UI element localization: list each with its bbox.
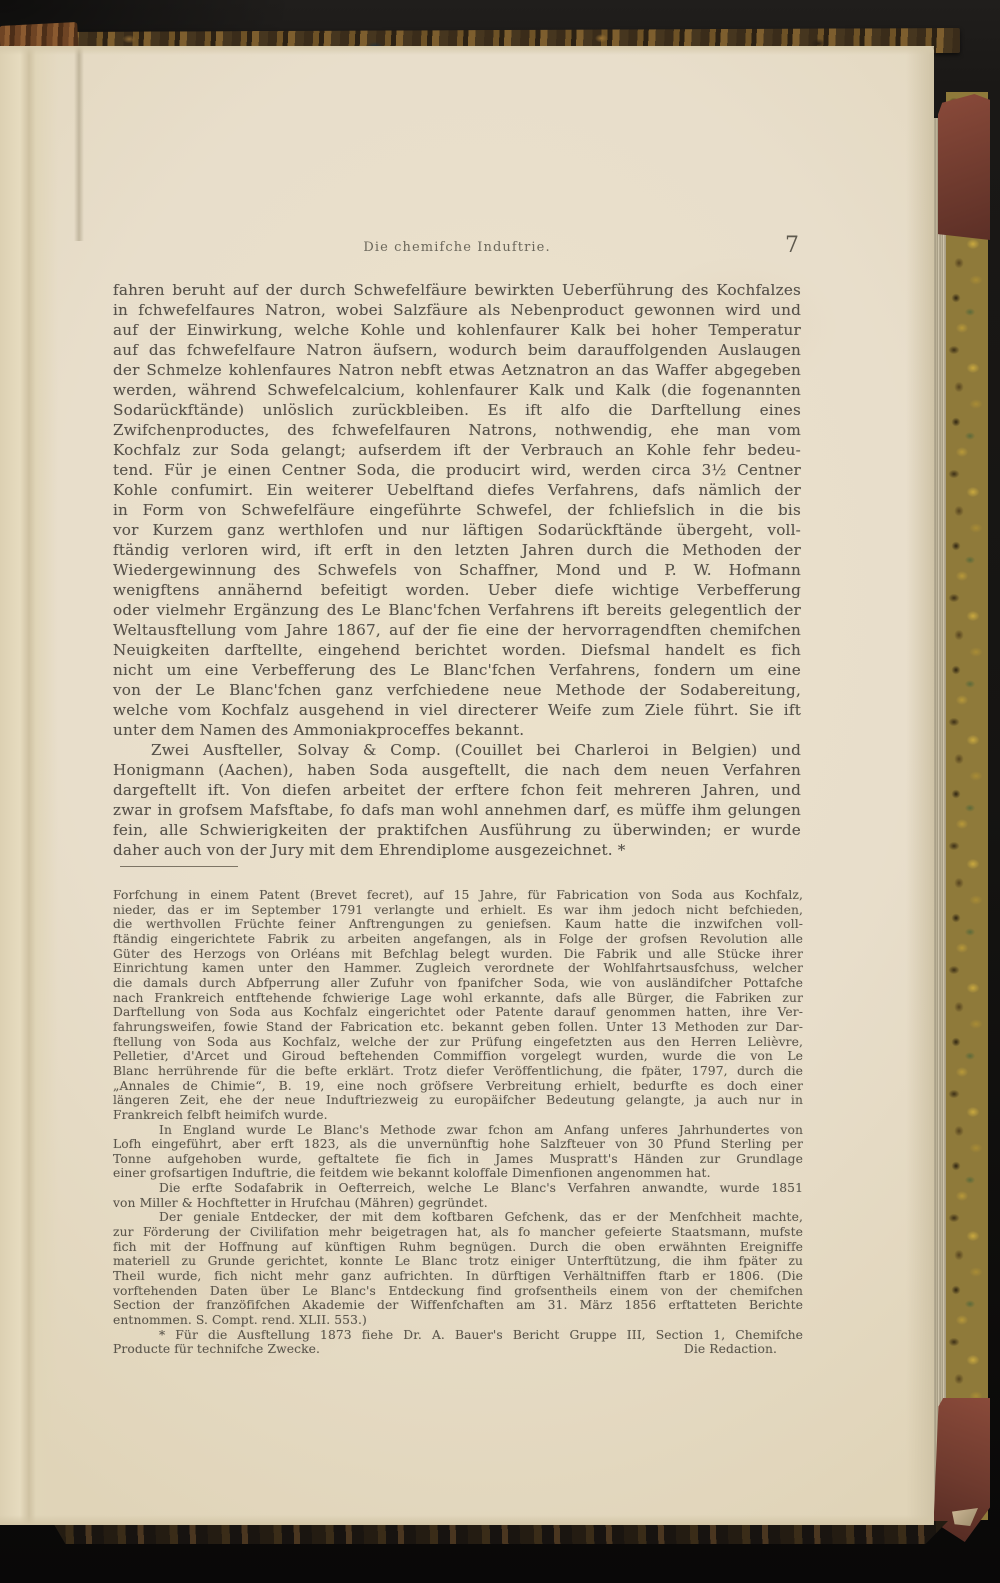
text-line: auf der Einwirkung, welche Kohle und koh… [113, 320, 801, 340]
text-line: Neuigkeiten darftellte, eingehend berich… [113, 640, 801, 660]
text-line: Kohle confumirt. Ein weiterer Uebelftand… [113, 480, 801, 500]
paragraph: fahren beruht auf der durch Schwefelfäur… [113, 280, 801, 740]
body-text: fahren beruht auf der durch Schwefelfäur… [113, 280, 801, 860]
footnote-paragraph: Der geniale Entdecker, der mit dem koftb… [113, 1210, 803, 1327]
text-line: Tonne aufgehoben wurde, geftaltete fie f… [113, 1152, 803, 1167]
page-gutter-shadow [0, 46, 62, 1525]
text-line: Blanc herrührende für die befte erklärt.… [113, 1064, 803, 1079]
text-line: Lofh eingeführt, aber erft 1823, als die… [113, 1137, 803, 1152]
running-head: Die chemifche Induftrie. 7 [113, 240, 801, 255]
book-page: Die chemifche Induftrie. 7 fahren beruht… [0, 46, 934, 1525]
text-line: Frankreich felbft heimifch wurde. [113, 1108, 803, 1123]
text-line: von der Le Blanc'fchen ganz verfchiedene… [113, 680, 801, 700]
footnote-paragraph: In England wurde Le Blanc's Methode zwar… [113, 1123, 803, 1182]
text-line: Die erfte Sodafabrik in Oefterreich, wel… [113, 1181, 803, 1196]
text-line: Zwei Ausfteller, Solvay & Comp. (Couille… [113, 740, 801, 760]
text-line: In England wurde Le Blanc's Methode zwar… [113, 1123, 803, 1138]
text-line: Theil wurde, fich nicht mehr ganz aufric… [113, 1269, 803, 1284]
text-line: tend. Für je einen Centner Soda, die pro… [113, 460, 801, 480]
text-line: vorftehenden Daten über Le Blanc's Entde… [113, 1284, 803, 1299]
text-line: Darftellung von Soda aus Kochfalz einger… [113, 1005, 803, 1020]
text-line: längeren Zeit, ehe der neue Induftriezwe… [113, 1093, 803, 1108]
text-line: entnommen. S. Compt. rend. XLII. 553.) [113, 1313, 803, 1328]
footnote-paragraph: Die erfte Sodafabrik in Oefterreich, wel… [113, 1181, 803, 1210]
text-line: Forfchung in einem Patent (Brevet fecret… [113, 888, 803, 903]
footnote-text-continued: Producte für technifche Zwecke. [113, 1342, 320, 1357]
footnote-block: Forfchung in einem Patent (Brevet fecret… [113, 888, 803, 1357]
text-line: fahren beruht auf der durch Schwefelfäur… [113, 280, 801, 300]
footnote-paragraph: * Für die Ausftellung 1873 fiehe Dr. A. … [113, 1328, 803, 1343]
text-line: ftellung von Soda aus Kochfalz, welche d… [113, 1035, 803, 1050]
text-line: fich mit der Hoffnung auf künftigen Ruhm… [113, 1240, 803, 1255]
text-line: vor Kurzem ganz werthlofen und nur läfti… [113, 520, 801, 540]
text-line: werden, während Schwefelcalcium, kohlenf… [113, 380, 801, 400]
text-line: die werthvollen Früchte feiner Anftrengu… [113, 917, 803, 932]
page-title: Die chemifche Induftrie. [363, 240, 550, 255]
paragraph: Zwei Ausfteller, Solvay & Comp. (Couille… [113, 740, 801, 860]
text-line: in Form von Schwefelfäure eingeführte Sc… [113, 500, 801, 520]
text-line: Honigmann (Aachen), haben Soda ausgeftel… [113, 760, 801, 780]
text-line: Wiedergewinnung des Schwefels von Schaff… [113, 560, 801, 580]
text-line: * Für die Ausftellung 1873 fiehe Dr. A. … [113, 1328, 803, 1343]
text-line: in fchwefelfaures Natron, wobei Salzfäur… [113, 300, 801, 320]
redaction-signature: Die Redaction. [684, 1342, 803, 1357]
photograph-of-book-page: { "page": { "header": { "title": "Die ch… [0, 0, 1000, 1583]
text-line: fein, alle Schwierigkeiten der praktifch… [113, 820, 801, 840]
text-line: Der geniale Entdecker, der mit dem koftb… [113, 1210, 803, 1225]
page-edge-shadow-right [906, 46, 934, 1525]
text-line: zwar in grofsem Mafsftabe, fo dafs man w… [113, 800, 801, 820]
text-line: Zwifchenproductes, des fchwefelfauren Na… [113, 420, 801, 440]
text-line: nieder, das er im September 1791 verlang… [113, 903, 803, 918]
text-line: nach Frankreich entftehende fchwierige L… [113, 991, 803, 1006]
text-line: zur Förderung der Civilifation mehr beig… [113, 1225, 803, 1240]
text-line: Weltausftellung vom Jahre 1867, auf der … [113, 620, 801, 640]
text-line: Sodarückftände) unlöslich zurückbleiben.… [113, 400, 801, 420]
text-line: von Miller & Hochftetter in Hrufchau (Mä… [113, 1196, 803, 1211]
footnote-separator-rule [120, 866, 238, 867]
page-edge-shadow-top [0, 46, 934, 55]
page-crease [74, 46, 84, 241]
text-line: nicht um eine Verbefferung des Le Blanc'… [113, 660, 801, 680]
text-line: Einrichtung kamen unter den Hammer. Zugl… [113, 961, 803, 976]
footnote-last-line: Producte für technifche Zwecke. Die Reda… [113, 1342, 803, 1357]
text-line: einer grofsartigen Induftrie, die feitde… [113, 1166, 803, 1181]
text-line: materiell zu Grunde gerichtet, konnte Le… [113, 1254, 803, 1269]
text-line: welche vom Kochfalz ausgehend in viel di… [113, 700, 801, 720]
text-line: ftändig verloren wird, ift erft in den l… [113, 540, 801, 560]
text-line: Pelletier, d'Arcet und Giroud beftehende… [113, 1049, 803, 1064]
page-number: 7 [785, 233, 799, 258]
text-line: Kochfalz zur Soda gelangt; aufserdem ift… [113, 440, 801, 460]
footnote-paragraph: Forfchung in einem Patent (Brevet fecret… [113, 888, 803, 1123]
text-line: fahrungsweifen, fowie Stand der Fabricat… [113, 1020, 803, 1035]
text-line: der Schmelze kohlenfaures Natron nebft e… [113, 360, 801, 380]
text-line: Güter des Herzogs von Orléans mit Befchl… [113, 947, 803, 962]
text-line: auf das fchwefelfaure Natron äufsern, wo… [113, 340, 801, 360]
marbled-cover-strip [946, 92, 988, 1520]
leather-corner-top [938, 94, 990, 240]
text-line: dargeftellt ift. Von diefen arbeitet der… [113, 780, 801, 800]
text-line: ftändig eingerichtete Fabrik zu arbeiten… [113, 932, 803, 947]
text-line: „Annales de Chimie“, B. 19, eine noch gr… [113, 1079, 803, 1094]
page-edge-shadow-bottom [0, 1515, 934, 1525]
text-line: Section der franzöfifchen Akademie der W… [113, 1298, 803, 1313]
text-line: wenigftens annähernd befeitigt worden. U… [113, 580, 801, 600]
text-line: die damals durch Abfperrung aller Zufuhr… [113, 976, 803, 991]
text-line: daher auch von der Jury mit dem Ehrendip… [113, 840, 801, 860]
text-line: unter dem Namen des Ammoniakproceffes be… [113, 720, 801, 740]
text-line: oder vielmehr Ergänzung des Le Blanc'fch… [113, 600, 801, 620]
